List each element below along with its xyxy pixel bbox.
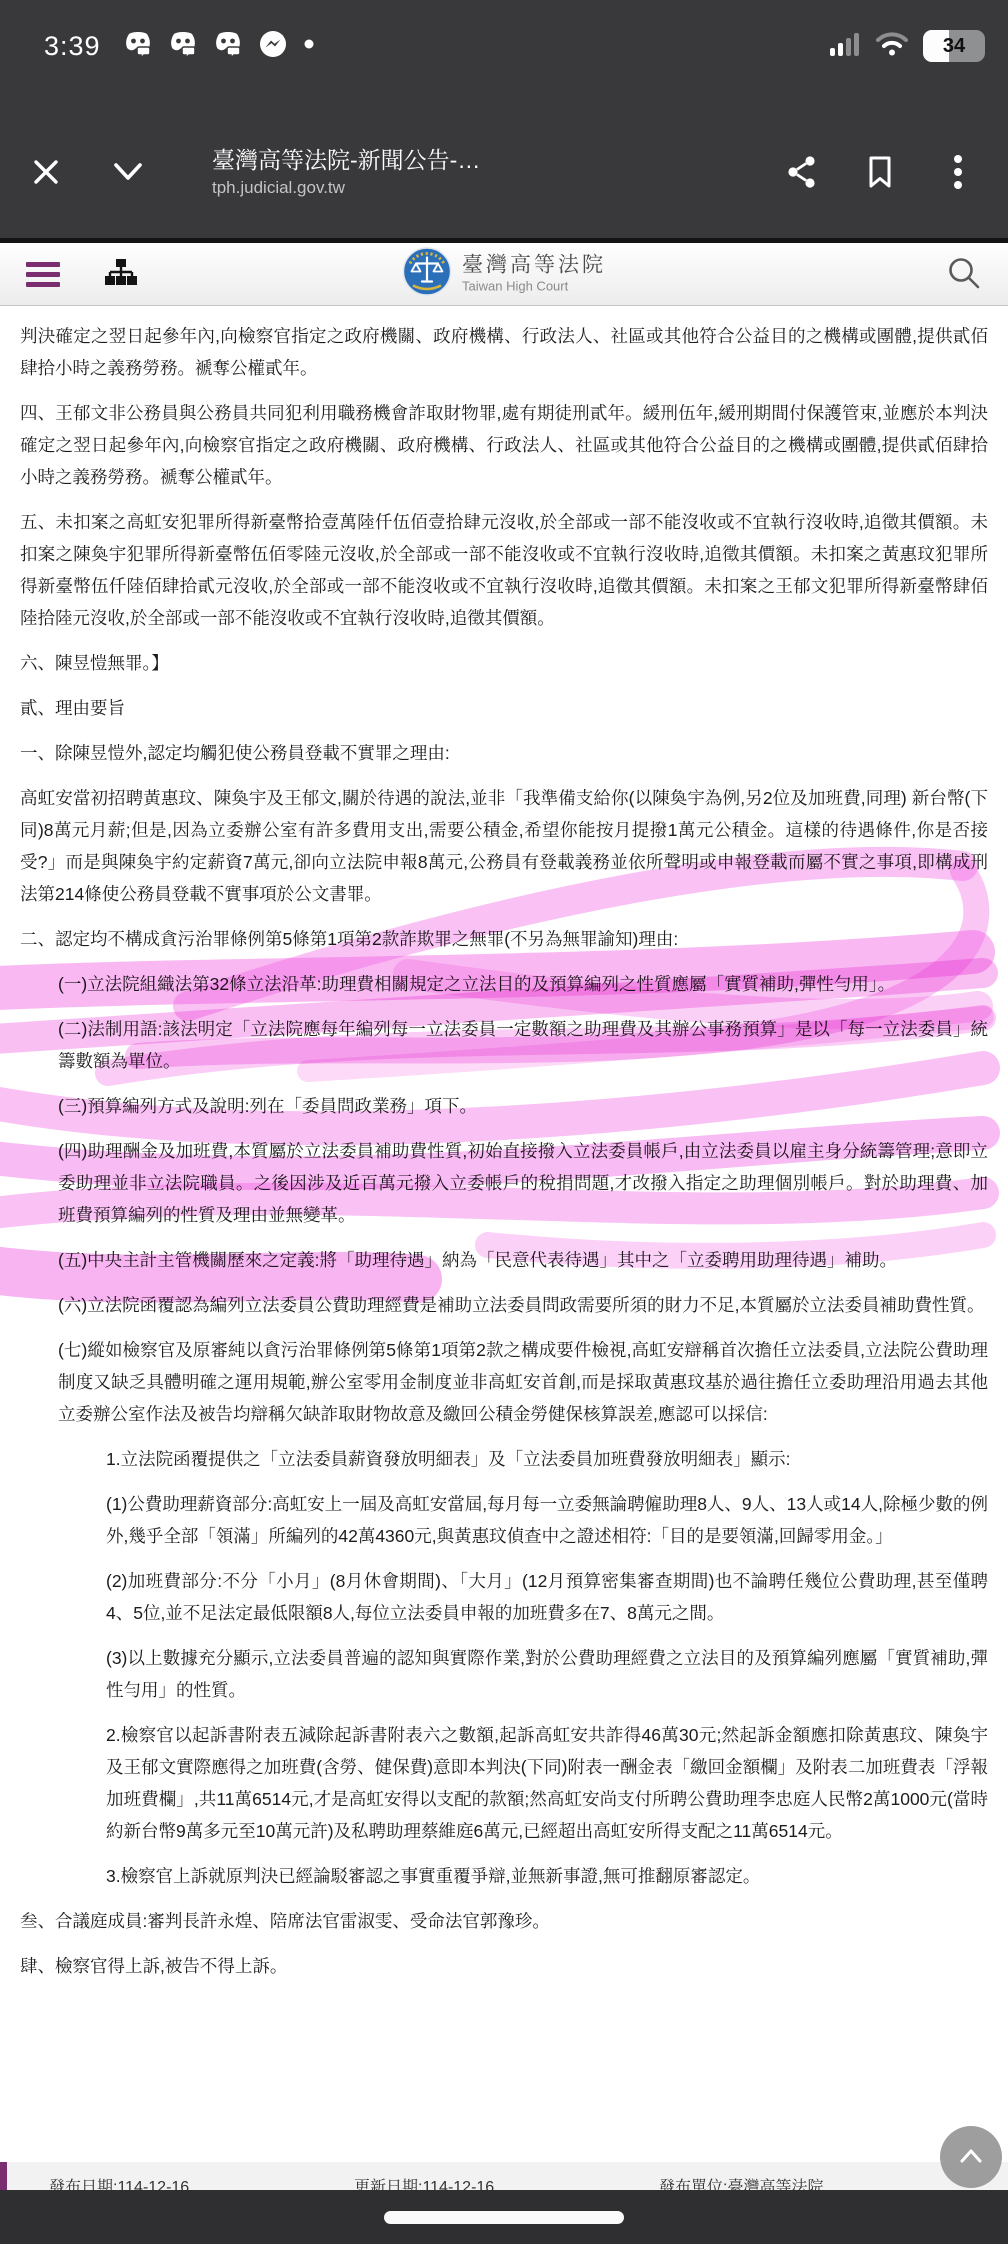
discord-icon — [213, 30, 243, 63]
page-url: tph.judicial.gov.tw — [212, 175, 480, 201]
content-paragraph: (三)預算編列方式及說明:列在「委員問政業務」項下。 — [58, 1090, 988, 1122]
wifi-icon — [875, 30, 909, 63]
collapse-button[interactable] — [100, 145, 156, 201]
court-seal-icon — [402, 247, 452, 302]
content-paragraph: 四、王郁文非公務員與公務員共同犯利用職務機會詐取財物罪,處有期徒刑貳年。緩刑伍年… — [20, 397, 988, 493]
close-button[interactable] — [18, 145, 74, 201]
content-paragraph: 1.立法院函覆提供之「立法委員薪資發放明細表」及「立法委員加班費發放明細表」顯示… — [106, 1443, 988, 1475]
gesture-handle[interactable] — [384, 2211, 624, 2224]
content-paragraph: 2.檢察官以起訴書附表五減除起訴書附表六之數額,起訴高虹安共詐得46萬30元;然… — [106, 1719, 988, 1847]
chrome-page-divider — [0, 238, 1008, 243]
notification-icons — [123, 29, 315, 64]
content-paragraph: (3)以上數據充分顯示,立法委員普遍的認知與實際作業,對於公費助理經費之立法目的… — [106, 1642, 988, 1706]
page-title: 臺灣高等法院-新聞公告-… — [212, 145, 480, 175]
overflow-menu-button[interactable] — [930, 145, 986, 201]
kebab-menu-icon — [952, 153, 964, 194]
content-paragraph: (七)縱如檢察官及原審純以貪污治罪條例第5條第1項第2款之構成要件檢視,高虹安辯… — [58, 1334, 988, 1430]
content-paragraph: (1)公費助理薪資部分:高虹安上一屆及高虹安當屆,每月每一立委無論聘僱助理8人、… — [106, 1488, 988, 1552]
content-paragraph: 一、除陳昱愷外,認定均觸犯使公務員登載不實罪之理由: — [20, 737, 988, 769]
messenger-icon — [258, 29, 288, 64]
hamburger-menu-button[interactable] — [26, 262, 60, 287]
share-button[interactable] — [774, 145, 830, 201]
discord-icon — [168, 30, 198, 63]
search-icon — [946, 255, 982, 294]
battery-icon: 34 — [923, 30, 978, 62]
content-paragraph: 叁、合議庭成員:審判長許永煌、陪席法官雷淑雯、受命法官郭豫珍。 — [20, 1905, 988, 1937]
chevron-down-icon — [111, 159, 145, 188]
scroll-top-button[interactable] — [940, 2126, 1002, 2188]
bookmark-button[interactable] — [852, 145, 908, 201]
browser-chrome: 3:39 34 — [0, 0, 1008, 238]
battery-percent: 34 — [943, 35, 965, 58]
content-paragraph: (2)加班費部分:不分「小月」(8月休會期間)、「大月」(12月預算密集審查期間… — [106, 1565, 988, 1629]
content-paragraph: (一)立法院組織法第32條立法沿革:助理費相關規定之立法目的及預算編列之性質應屬… — [58, 968, 988, 1000]
content-paragraph: 判決確定之翌日起參年內,向檢察官指定之政府機關、政府機構、行政法人、社區或其他符… — [20, 320, 988, 384]
sitemap-button[interactable] — [104, 258, 138, 291]
content-paragraph: 貳、理由要旨 — [20, 692, 988, 724]
content-paragraph: 高虹安當初招聘黃惠玟、陳奐宇及王郁文,關於待遇的說法,並非「我準備支給你(以陳奐… — [20, 782, 988, 910]
content-paragraph: (五)中央主計主管機關歷來之定義:將「助理待遇」納為「民意代表待遇」其中之「立委… — [58, 1244, 988, 1276]
notification-dot — [303, 37, 315, 55]
chevron-up-icon — [954, 2144, 988, 2171]
bookmark-icon — [865, 154, 895, 193]
sitemap-icon — [104, 258, 138, 291]
site-title-en: Taiwan High Court — [462, 278, 606, 295]
search-button[interactable] — [946, 255, 982, 294]
site-logo[interactable]: 臺灣高等法院 Taiwan High Court — [402, 247, 606, 302]
status-right-icons: 34 — [829, 30, 978, 63]
content-paragraph: 3.檢察官上訴就原判決已經論駁審認之事實重覆爭辯,並無新事證,無可推翻原審認定。 — [106, 1860, 988, 1892]
clock: 3:39 — [44, 31, 101, 62]
content-paragraph: 二、認定均不構成貪污治罪條例第5條第1項第2款詐欺罪之無罪(不另為無罪諭知)理由… — [20, 923, 988, 955]
content-paragraph: 六、陳昱愷無罪。】 — [20, 647, 988, 679]
system-navigation-bar — [0, 2190, 1008, 2244]
site-title-zh: 臺灣高等法院 — [462, 254, 606, 278]
article-body: 判決確定之翌日起參年內,向檢察官指定之政府機關、政府機構、行政法人、社區或其他符… — [0, 306, 1008, 1995]
signal-icon — [829, 30, 861, 63]
content-paragraph: (四)助理酬金及加班費,本質屬於立法委員補助費性質,初始直接撥入立法委員帳戶,由… — [58, 1135, 988, 1231]
content-paragraph: 肆、檢察官得上訴,被告不得上訴。 — [20, 1950, 988, 1982]
close-icon — [31, 157, 61, 190]
status-bar: 3:39 34 — [0, 24, 1008, 68]
site-header: 臺灣高等法院 Taiwan High Court — [0, 243, 1008, 306]
page-title-block: 臺灣高等法院-新聞公告-… tph.judicial.gov.tw — [212, 145, 480, 201]
browser-toolbar: 臺灣高等法院-新聞公告-… tph.judicial.gov.tw — [0, 128, 1008, 218]
share-icon — [785, 154, 819, 193]
content-paragraph: (六)立法院函覆認為編列立法委員公費助理經費是補助立法委員問政需要所須的財力不足… — [58, 1289, 988, 1321]
content-paragraph: (二)法制用語:該法明定「立法院應每年編列每一立法委員一定數額之助理費及其辦公事… — [58, 1013, 988, 1077]
discord-icon — [123, 30, 153, 63]
content-paragraph: 五、未扣案之高虹安犯罪所得新臺幣拾壹萬陸仟伍佰壹拾肆元沒收,於全部或一部不能沒收… — [20, 506, 988, 634]
